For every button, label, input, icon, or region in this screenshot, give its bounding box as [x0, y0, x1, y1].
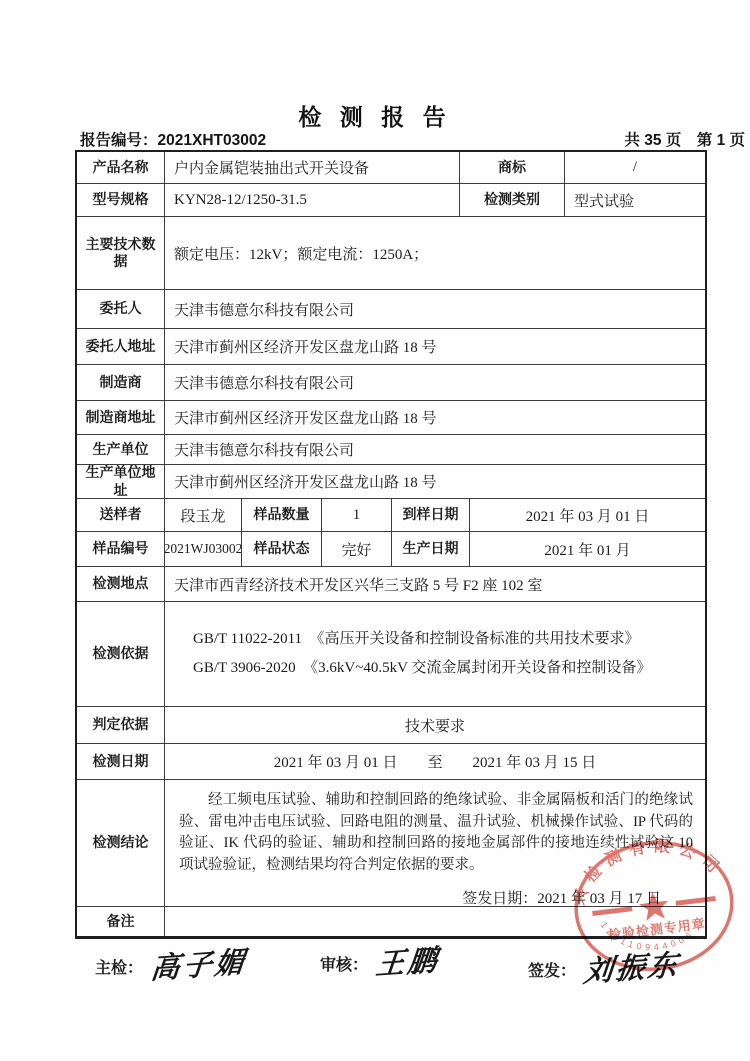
product-name-label: 产品名称: [77, 152, 165, 183]
sampler-value: 段玉龙: [165, 499, 242, 531]
sample-state-value: 完好: [322, 532, 392, 566]
model-value: KYN28-12/1250-31.5: [165, 184, 460, 216]
issuer-signature: 刘振东: [582, 942, 682, 990]
arrival-date-label: 到样日期: [392, 499, 470, 531]
client-address-value: 天津市蓟州区经济开发区盘龙山路 18 号: [165, 329, 705, 364]
conclusion-text: 经工频电压试验、辅助和控制回路的绝缘试验、非金属隔板和活门的绝缘试验、雷电冲击电…: [179, 790, 693, 876]
table-row: 检测依据 GB/T 11022-2011 《高压开关设备和控制设备标准的共用技术…: [77, 602, 705, 707]
model-label: 型号规格: [77, 184, 165, 216]
table-row: 产品名称 户内金属铠装抽出式开关设备 商标 /: [77, 152, 705, 184]
conclusion-value: 经工频电压试验、辅助和控制回路的绝缘试验、非金属隔板和活门的绝缘试验、雷电冲击电…: [165, 780, 705, 906]
test-category-value: 型式试验: [565, 184, 705, 216]
sample-no-label: 样品编号: [77, 532, 165, 566]
sample-no-value: 2021WJ03002: [165, 532, 242, 566]
test-category-label: 检测类别: [460, 184, 565, 216]
table-row: 检测地点 天津市西青经济技术开发区兴华三支路 5 号 F2 座 102 室: [77, 567, 705, 602]
judgement-basis-value: 技术要求: [165, 707, 705, 743]
producer-label: 生产单位: [77, 435, 165, 464]
issuer-signature-block: 签发： 刘振东: [528, 946, 680, 987]
table-row: 备注: [77, 907, 705, 936]
reviewer-label: 审核：: [320, 940, 368, 975]
report-table: 产品名称 户内金属铠装抽出式开关设备 商标 / 型号规格 KYN28-12/12…: [75, 150, 707, 939]
pagination: 共 35 页 第 1 页: [624, 128, 745, 150]
table-row: 送样者 段玉龙 样品数量 1 到样日期 2021 年 03 月 01 日: [77, 499, 705, 532]
tech-data-label: 主要技术数据: [77, 217, 165, 289]
remark-label: 备注: [77, 907, 165, 936]
production-date-value: 2021 年 01 月: [470, 532, 705, 566]
sample-qty-value: 1: [322, 499, 392, 531]
remark-value: [165, 907, 705, 936]
product-name-value: 户内金属铠装抽出式开关设备: [165, 152, 460, 183]
table-row: 判定依据 技术要求: [77, 707, 705, 744]
client-label: 委托人: [77, 290, 165, 328]
producer-address-label: 生产单位地址: [77, 465, 165, 498]
table-row: 型号规格 KYN28-12/1250-31.5 检测类别 型式试验: [77, 184, 705, 217]
table-row: 主要技术数据 额定电压：12kV；额定电流：1250A；: [77, 217, 705, 290]
sample-qty-label: 样品数量: [242, 499, 322, 531]
report-meta: 报告编号：2021XHT03002 共 35 页 第 1 页: [80, 128, 745, 150]
inspector-label: 主检：: [95, 943, 143, 978]
conclusion-label: 检测结论: [77, 780, 165, 906]
inspector-signature: 高子媚: [149, 939, 249, 987]
manufacturer-address-value: 天津市蓟州区经济开发区盘龙山路 18 号: [165, 401, 705, 434]
reviewer-signature: 王鹏: [374, 938, 442, 984]
report-page: 检 测 报 告 报告编号：2021XHT03002 共 35 页 第 1 页 产…: [0, 0, 750, 1061]
basis-standard-2: GB/T 3906-2020 《3.6kV~40.5kV 交流金属封闭开关设备和…: [193, 654, 651, 683]
table-row: 制造商 天津韦德意尔科技有限公司: [77, 365, 705, 401]
trademark-value: /: [565, 152, 705, 183]
basis-standard-1: GB/T 11022-2011 《高压开关设备和控制设备标准的共用技术要求》: [193, 625, 640, 654]
manufacturer-label: 制造商: [77, 365, 165, 400]
client-value: 天津韦德意尔科技有限公司: [165, 290, 705, 328]
client-address-label: 委托人地址: [77, 329, 165, 364]
test-basis-value: GB/T 11022-2011 《高压开关设备和控制设备标准的共用技术要求》 G…: [165, 602, 705, 706]
producer-value: 天津韦德意尔科技有限公司: [165, 435, 705, 464]
test-location-label: 检测地点: [77, 567, 165, 601]
production-date-label: 生产日期: [392, 532, 470, 566]
test-dates-value: 2021 年 03 月 01 日 至 2021 年 03 月 15 日: [165, 744, 705, 779]
sampler-label: 送样者: [77, 499, 165, 531]
sample-state-label: 样品状态: [242, 532, 322, 566]
test-basis-label: 检测依据: [77, 602, 165, 706]
inspector-signature-block: 主检： 高子媚: [95, 943, 247, 984]
report-number: 报告编号：2021XHT03002: [80, 128, 266, 150]
table-row: 制造商地址 天津市蓟州区经济开发区盘龙山路 18 号: [77, 401, 705, 435]
manufacturer-value: 天津韦德意尔科技有限公司: [165, 365, 705, 400]
arrival-date-value: 2021 年 03 月 01 日: [470, 499, 705, 531]
reviewer-signature-block: 审核： 王鹏: [320, 940, 440, 981]
test-location-value: 天津市西青经济技术开发区兴华三支路 5 号 F2 座 102 室: [165, 567, 705, 601]
producer-address-value: 天津市蓟州区经济开发区盘龙山路 18 号: [165, 465, 705, 498]
table-row: 样品编号 2021WJ03002 样品状态 完好 生产日期 2021 年 01 …: [77, 532, 705, 567]
manufacturer-address-label: 制造商地址: [77, 401, 165, 434]
test-dates-label: 检测日期: [77, 744, 165, 779]
tech-data-value: 额定电压：12kV；额定电流：1250A；: [165, 217, 705, 289]
issuer-label: 签发：: [528, 946, 576, 981]
issue-date: 签发日期：2021 年 03 月 17 日: [179, 889, 693, 906]
judgement-basis-label: 判定依据: [77, 707, 165, 743]
table-row: 委托人 天津韦德意尔科技有限公司: [77, 290, 705, 329]
table-row: 检测日期 2021 年 03 月 01 日 至 2021 年 03 月 15 日: [77, 744, 705, 780]
table-row: 委托人地址 天津市蓟州区经济开发区盘龙山路 18 号: [77, 329, 705, 365]
table-row: 生产单位 天津韦德意尔科技有限公司: [77, 435, 705, 465]
table-row: 检测结论 经工频电压试验、辅助和控制回路的绝缘试验、非金属隔板和活门的绝缘试验、…: [77, 780, 705, 907]
trademark-label: 商标: [460, 152, 565, 183]
table-row: 生产单位地址 天津市蓟州区经济开发区盘龙山路 18 号: [77, 465, 705, 499]
